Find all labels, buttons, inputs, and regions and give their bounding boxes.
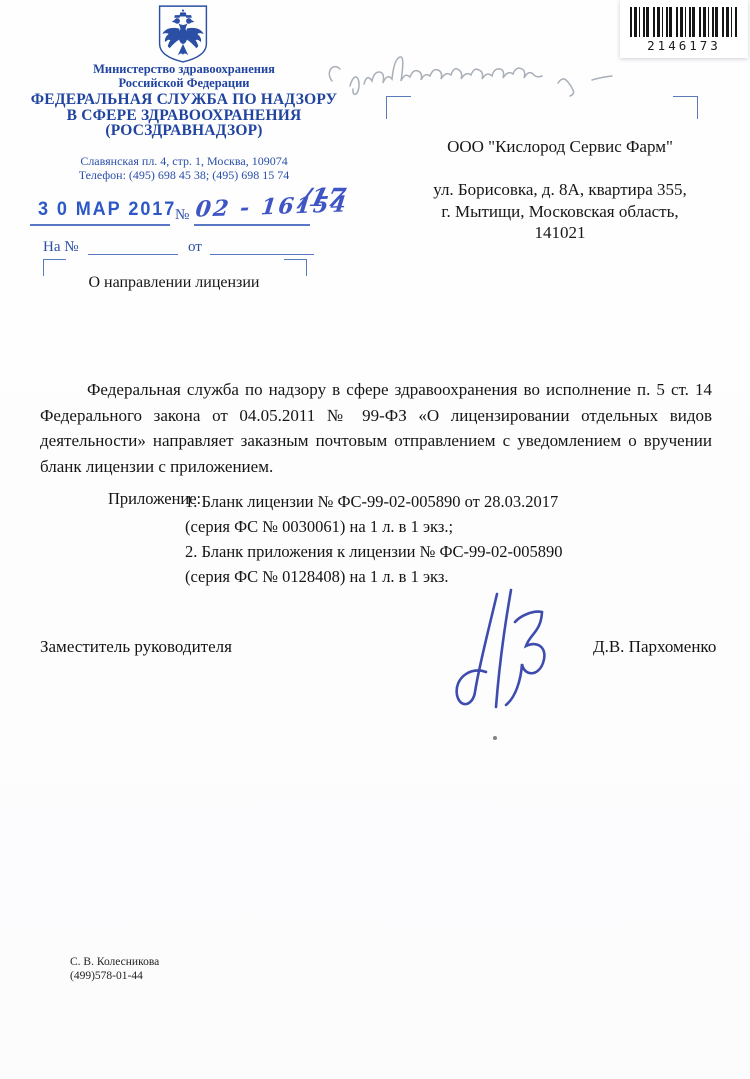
number-symbol: № bbox=[175, 207, 189, 224]
executor-block: С. В. Колесникова (499)578-01-44 bbox=[70, 956, 159, 983]
service-line3: (РОСЗДРАВНАДЗОР) bbox=[30, 123, 338, 139]
service-line1: ФЕДЕРАЛЬНАЯ СЛУЖБА ПО НАДЗОРУ bbox=[30, 92, 338, 108]
recipient-name: ООО "Кислород Сервис Фарм" bbox=[395, 136, 725, 158]
ministry-name: Министерство здравоохранения Российской … bbox=[38, 63, 330, 90]
service-name: ФЕДЕРАЛЬНАЯ СЛУЖБА ПО НАДЗОРУ В СФЕРЕ ЗД… bbox=[30, 92, 338, 139]
attachment-line: (серия ФС № 0030061) на 1 л. в 1 экз.; bbox=[185, 514, 675, 539]
recipient-address: ул. Борисовка, д. 8А, квартира 355, г. М… bbox=[395, 179, 725, 244]
attachment-line: 1. Бланк лицензии № ФС-99-02-005890 от 2… bbox=[185, 489, 675, 514]
date-underline bbox=[30, 224, 170, 226]
letterhead-address: Славянская пл. 4, стр. 1, Москва, 109074 bbox=[38, 155, 330, 169]
ref-label-ot: от bbox=[188, 239, 202, 256]
scan-speck bbox=[493, 736, 497, 740]
body-paragraph: Федеральная служба по надзору в сфере зд… bbox=[40, 377, 712, 479]
recipient-address-line2: г. Мытищи, Московская область, bbox=[395, 201, 725, 223]
signature-ink-icon bbox=[445, 588, 550, 715]
letterhead-contacts: Славянская пл. 4, стр. 1, Москва, 109074… bbox=[38, 155, 330, 182]
attachment-line: (серия ФС № 0128408) на 1 л. в 1 экз. bbox=[185, 564, 675, 589]
ministry-line1: Министерство здравоохранения bbox=[38, 63, 330, 77]
ref-date-line bbox=[210, 254, 314, 255]
signer-name: Д.В. Пархоменко bbox=[593, 637, 716, 657]
recipient-address-line3: 141021 bbox=[395, 222, 725, 244]
subject-line: О направлении лицензии bbox=[43, 274, 305, 292]
coat-of-arms-icon bbox=[156, 4, 210, 64]
signer-position: Заместитель руководителя bbox=[40, 637, 232, 657]
barcode-sticker: 2146173 bbox=[620, 0, 748, 58]
number-underline bbox=[194, 224, 310, 226]
service-line2: В СФЕРЕ ЗДРАВООХРАНЕНИЯ bbox=[30, 108, 338, 124]
attachments-list: 1. Бланк лицензии № ФС-99-02-005890 от 2… bbox=[185, 489, 675, 589]
ref-label-na: На № bbox=[43, 239, 79, 256]
recipient-address-line1: ул. Борисовка, д. 8А, квартира 355, bbox=[395, 179, 725, 201]
executor-phone: (499)578-01-44 bbox=[70, 970, 159, 984]
barcode-icon bbox=[630, 7, 738, 37]
letterhead-phone: Телефон: (495) 698 45 38; (495) 698 15 7… bbox=[38, 169, 330, 183]
recipient-bracket-left bbox=[386, 96, 411, 119]
recipient-bracket-right bbox=[673, 96, 698, 119]
date-stamp: 3 0 МАР 2017 bbox=[38, 199, 176, 221]
document-page: Министерство здравоохранения Российской … bbox=[0, 0, 750, 1079]
handwritten-note: С уведомлением bbox=[320, 45, 630, 107]
outgoing-number-year: /17 bbox=[297, 183, 348, 212]
ref-number-line bbox=[88, 254, 178, 255]
ministry-line2: Российской Федерации bbox=[38, 77, 330, 91]
barcode-number: 2146173 bbox=[620, 38, 748, 53]
attachment-line: 2. Бланк приложения к лицензии № ФС-99-0… bbox=[185, 539, 675, 564]
executor-name: С. В. Колесникова bbox=[70, 956, 159, 970]
